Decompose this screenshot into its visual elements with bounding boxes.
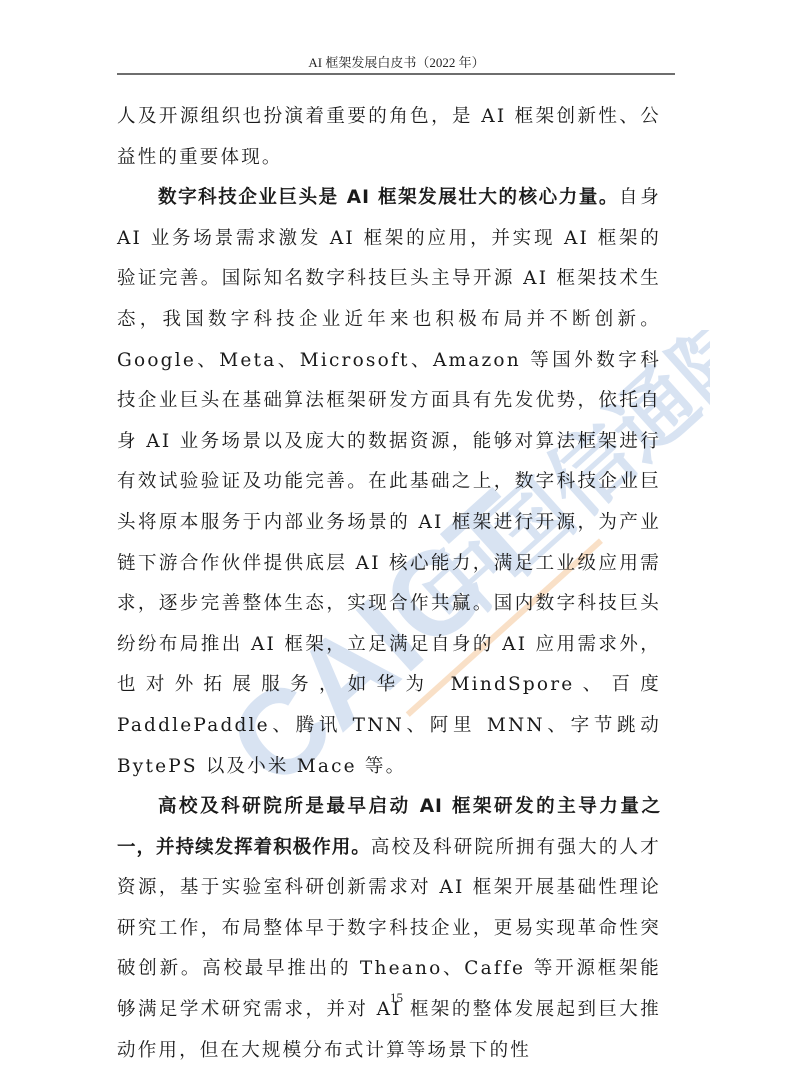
document-page: AI 框架发展白皮书（2022 年） CAICT 中国信通院 人及开源组织也扮演… bbox=[0, 0, 793, 1077]
paragraph-lead-bold: 数字科技企业巨头是 AI 框架发展壮大的核心力量。 bbox=[158, 187, 619, 208]
header-divider bbox=[117, 73, 675, 75]
paragraph-text: 人及开源组织也扮演着重要的角色，是 AI 框架创新性、公益性的重要体现。 bbox=[117, 106, 661, 168]
paragraph-tech-giants: 数字科技企业巨头是 AI 框架发展壮大的核心力量。自身 AI 业务场景需求激发 … bbox=[117, 178, 661, 787]
page-number: 15 bbox=[0, 990, 793, 1006]
paragraph-universities: 高校及科研院所是最早启动 AI 框架研发的主导力量之一，并持续发挥着积极作用。高… bbox=[117, 787, 661, 1071]
running-header: AI 框架发展白皮书（2022 年） bbox=[0, 52, 793, 71]
paragraph-text: 自身 AI 业务场景需求激发 AI 框架的应用，并实现 AI 框架的验证完善。国… bbox=[117, 187, 661, 776]
body-text: 人及开源组织也扮演着重要的角色，是 AI 框架创新性、公益性的重要体现。 数字科… bbox=[117, 97, 661, 1071]
paragraph-continuation: 人及开源组织也扮演着重要的角色，是 AI 框架创新性、公益性的重要体现。 bbox=[117, 97, 661, 178]
paragraph-text: 高校及科研院所拥有强大的人才资源，基于实验室科研创新需求对 AI 框架开展基础性… bbox=[117, 837, 661, 1061]
